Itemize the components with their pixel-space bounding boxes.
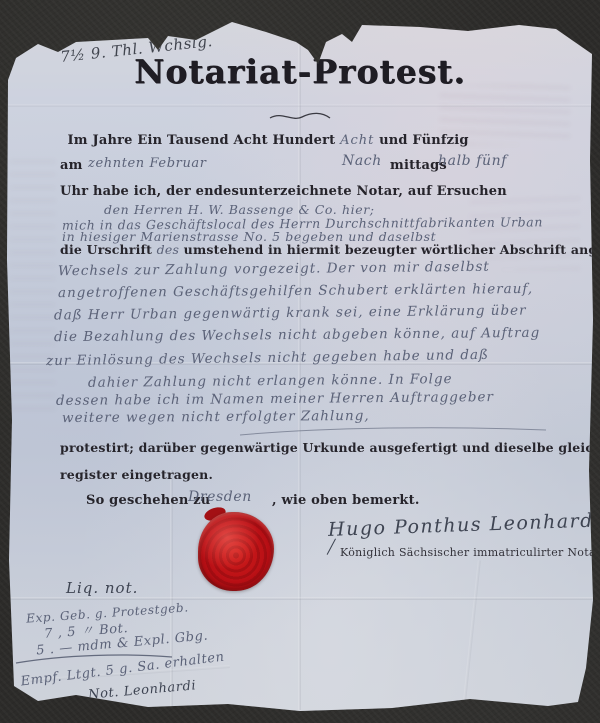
liquidation-note: Liq. not. [66, 579, 138, 597]
handwritten-time: halb fünf [438, 153, 507, 169]
handwritten-line: dessen habe ich im Namen meiner Herren A… [56, 389, 494, 409]
handwritten-line: zur Einlösung des Wechsels nicht gegeben… [46, 347, 489, 369]
document-paper: 7½ 9. Thl. Wchslg. Notariat-Protest. Im … [0, 0, 600, 723]
notary-abbreviation-signature: Not. Leonhardi [88, 678, 197, 702]
fold-crease-vertical-right [462, 560, 481, 709]
page-title: Notariat-Protest. [0, 52, 600, 91]
notary-signature: Hugo Ponthus Leonhardi, [328, 509, 600, 541]
printed-year-prefix: Im Jahre Ein Tausend Acht Hundert [68, 133, 336, 148]
printed-line-register: register eingetragen. [60, 467, 213, 482]
handwritten-date: zehnten Februar [88, 156, 207, 171]
printed-line-protest: protestirt; darüber gegenwärtige Urkunde… [60, 440, 600, 455]
handwritten-nach: Nach [342, 153, 382, 169]
printed-line-year: Im Jahre Ein Tausend Acht Hundert Acht u… [60, 132, 469, 148]
printed-line-urschrift: die Urschrift des umstehend in hiermit b… [60, 242, 600, 257]
printed-year-suffix: und Fünfzig [379, 133, 469, 148]
fold-crease-horizontal-upper [8, 104, 593, 107]
handwritten-line: angetroffenen Geschäftsgehilfen Schubert… [58, 281, 533, 301]
handwritten-line: dahier Zahlung nicht erlangen könne. In … [88, 371, 453, 391]
notary-printed-title: Königlich Sächsischer immatriculirter No… [340, 546, 600, 559]
printed-urschrift-prefix: die Urschrift [60, 242, 152, 257]
handwritten-place: Dresden [188, 489, 252, 505]
title-flourish-ornament [268, 110, 332, 124]
handwritten-line: den Herren H. W. Bassenge & Co. hier; [104, 202, 375, 217]
handwritten-line: Wechsels zur Zahlung vorgezeigt. Der von… [58, 259, 490, 280]
ink-bleedthrough-smudge [10, 150, 55, 410]
red-wax-seal [198, 512, 274, 591]
printed-line-uhr: Uhr habe ich, der endesunterzeichnete No… [60, 184, 507, 199]
drop-capital [60, 124, 68, 149]
handwritten-year-word: Acht [340, 133, 374, 148]
printed-sogeschehen-suffix: , wie oben bemerkt. [272, 493, 420, 508]
printed-urschrift-suffix: umstehend in hiermit bezeugter wörtliche… [184, 242, 600, 257]
handwritten-line: daß Herr Urban gegenwärtig krank sei, ei… [54, 303, 527, 324]
printed-word-am: am [60, 158, 83, 173]
photograph-backdrop: 7½ 9. Thl. Wchslg. Notariat-Protest. Im … [0, 0, 600, 723]
handwritten-des: des [157, 242, 179, 257]
pen-flourish-stroke [238, 424, 548, 438]
fold-crease-horizontal-lower [8, 597, 593, 600]
handwritten-line: die Bezahlung des Wechsels nicht abgeben… [54, 325, 540, 345]
